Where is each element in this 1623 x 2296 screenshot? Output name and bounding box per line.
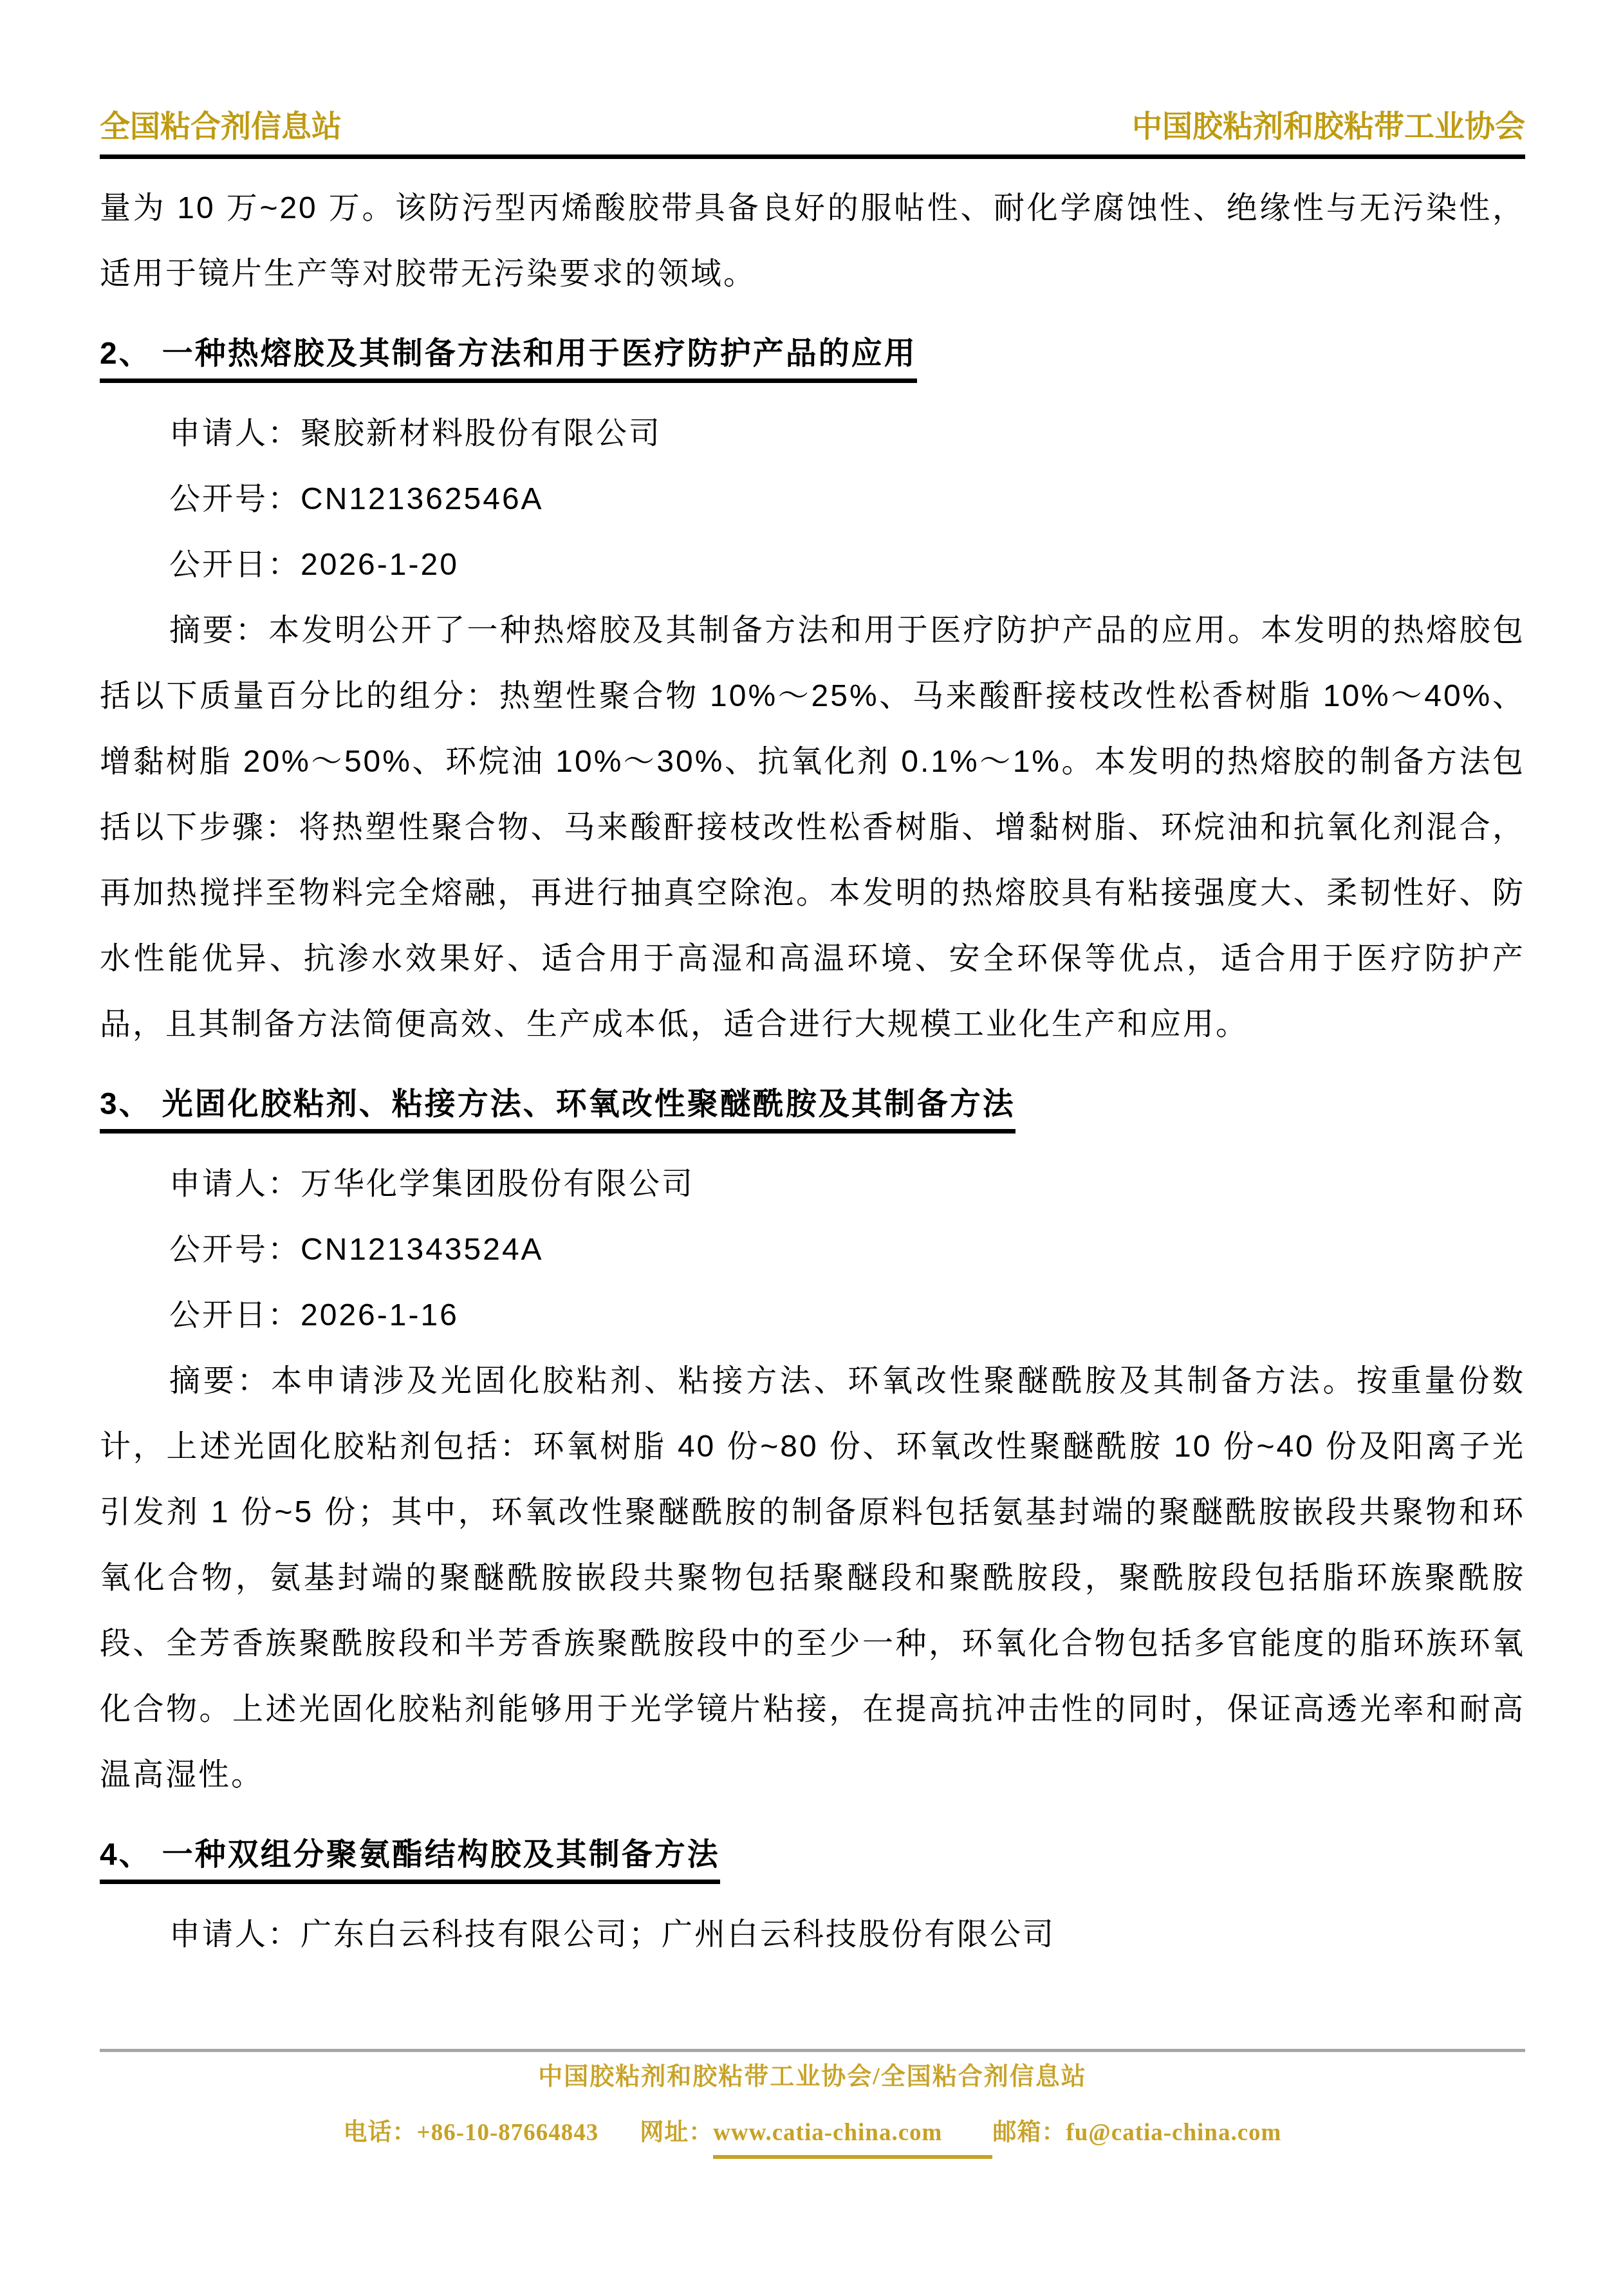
patent-number: 3、 <box>100 1087 152 1121</box>
intro-paragraph: 量为 10 万~20 万。该防污型丙烯酸胶带具备良好的服帖性、耐化学腐蚀性、绝缘… <box>100 176 1525 307</box>
document-page: 全国粘合剂信息站 中国胶粘剂和胶粘带工业协会 量为 10 万~20 万。该防污型… <box>0 0 1623 2296</box>
email-group: 邮箱：fu@catia-china.com <box>992 2120 1281 2146</box>
patent-title: 光固化胶粘剂、粘接方法、环氧改性聚醚酰胺及其制备方法 <box>162 1087 1016 1121</box>
applicant-row: 申请人：万华化学集团股份有限公司 <box>100 1152 1525 1217</box>
patent-heading: 3、光固化胶粘剂、粘接方法、环氧改性聚醚酰胺及其制备方法 <box>100 1083 1525 1134</box>
patent-item: 3、光固化胶粘剂、粘接方法、环氧改性聚醚酰胺及其制备方法 申请人：万华化学集团股… <box>100 1083 1525 1808</box>
patent-heading-text: 2、一种热熔胶及其制备方法和用于医疗防护产品的应用 <box>100 333 917 383</box>
website-link[interactable]: www.catia-china.com <box>713 2120 942 2146</box>
publication-number-label: 公开号： <box>169 482 301 516</box>
applicant-value: 广东白云科技有限公司；广州白云科技股份有限公司 <box>301 1918 1055 1952</box>
publication-date-row: 公开日：2026-1-16 <box>100 1283 1525 1349</box>
phone-group: 电话：+86-10-87664843 <box>344 2120 599 2146</box>
page-footer: 中国胶粘剂和胶粘带工业协会/全国粘合剂信息站 电话：+86-10-8766484… <box>100 2049 1525 2159</box>
website-label: 网址： <box>640 2120 713 2146</box>
abstract-paragraph: 摘要：本发明公开了一种热熔胶及其制备方法和用于医疗防护产品的应用。本发明的热熔胶… <box>100 598 1525 1058</box>
abstract-paragraph: 摘要：本申请涉及光固化胶粘剂、粘接方法、环氧改性聚醚酰胺及其制备方法。按重量份数… <box>100 1349 1525 1808</box>
publication-number-value: CN121343524A <box>301 1233 544 1267</box>
publication-date-row: 公开日：2026-1-20 <box>100 532 1525 598</box>
abstract-label: 摘要： <box>169 1364 271 1398</box>
applicant-value: 万华化学集团股份有限公司 <box>301 1167 694 1201</box>
footer-org-line: 中国胶粘剂和胶粘带工业协会/全国粘合剂信息站 <box>100 2061 1525 2092</box>
patent-number: 2、 <box>100 337 152 371</box>
patent-heading-text: 4、一种双组分聚氨酯结构胶及其制备方法 <box>100 1834 720 1884</box>
abstract-text: 本发明公开了一种热熔胶及其制备方法和用于医疗防护产品的应用。本发明的热熔胶包括以… <box>100 613 1525 1041</box>
publication-number-label: 公开号： <box>169 1233 301 1267</box>
email-value: fu@catia-china.com <box>1066 2120 1281 2146</box>
patent-item: 2、一种热熔胶及其制备方法和用于医疗防护产品的应用 申请人：聚胶新材料股份有限公… <box>100 333 1525 1058</box>
applicant-label: 申请人： <box>169 1167 301 1201</box>
applicant-row: 申请人：广东白云科技有限公司；广州白云科技股份有限公司 <box>100 1902 1525 1968</box>
applicant-label: 申请人： <box>169 1918 301 1952</box>
publication-date-value: 2026-1-20 <box>301 548 459 582</box>
patent-heading-text: 3、光固化胶粘剂、粘接方法、环氧改性聚醚酰胺及其制备方法 <box>100 1083 1016 1134</box>
page-content: 全国粘合剂信息站 中国胶粘剂和胶粘带工业协会 量为 10 万~20 万。该防污型… <box>100 0 1525 1968</box>
website-group: 网址：www.catia-china.com <box>640 2120 992 2146</box>
applicant-value: 聚胶新材料股份有限公司 <box>301 416 662 451</box>
header-left-title: 全国粘合剂信息站 <box>100 108 342 145</box>
footer-contact-line: 电话：+86-10-87664843网址：www.catia-china.com… <box>100 2118 1525 2159</box>
publication-date-label: 公开日： <box>169 548 301 582</box>
applicant-row: 申请人：聚胶新材料股份有限公司 <box>100 401 1525 467</box>
publication-number-row: 公开号：CN121343524A <box>100 1217 1525 1283</box>
page-header: 全国粘合剂信息站 中国胶粘剂和胶粘带工业协会 <box>100 0 1525 159</box>
patent-heading: 4、一种双组分聚氨酯结构胶及其制备方法 <box>100 1834 1525 1884</box>
publication-date-label: 公开日： <box>169 1298 301 1332</box>
patent-title: 一种热熔胶及其制备方法和用于医疗防护产品的应用 <box>162 337 917 371</box>
publication-date-value: 2026-1-16 <box>301 1298 459 1332</box>
header-right-title: 中国胶粘剂和胶粘带工业协会 <box>1132 108 1525 145</box>
patent-heading: 2、一种热熔胶及其制备方法和用于医疗防护产品的应用 <box>100 333 1525 383</box>
phone-value: +86-10-87664843 <box>417 2120 599 2146</box>
patent-title: 一种双组分聚氨酯结构胶及其制备方法 <box>162 1838 720 1872</box>
abstract-label: 摘要： <box>169 613 268 648</box>
patent-item: 4、一种双组分聚氨酯结构胶及其制备方法 申请人：广东白云科技有限公司；广州白云科… <box>100 1834 1525 1968</box>
email-label: 邮箱： <box>992 2120 1066 2146</box>
abstract-text: 本申请涉及光固化胶粘剂、粘接方法、环氧改性聚醚酰胺及其制备方法。按重量份数计，上… <box>100 1364 1525 1792</box>
publication-number-value: CN121362546A <box>301 482 544 516</box>
website-underline: www.catia-china.com <box>713 2118 992 2159</box>
patent-number: 4、 <box>100 1838 152 1872</box>
publication-number-row: 公开号：CN121362546A <box>100 467 1525 532</box>
applicant-label: 申请人： <box>169 416 301 451</box>
phone-label: 电话： <box>344 2120 417 2146</box>
